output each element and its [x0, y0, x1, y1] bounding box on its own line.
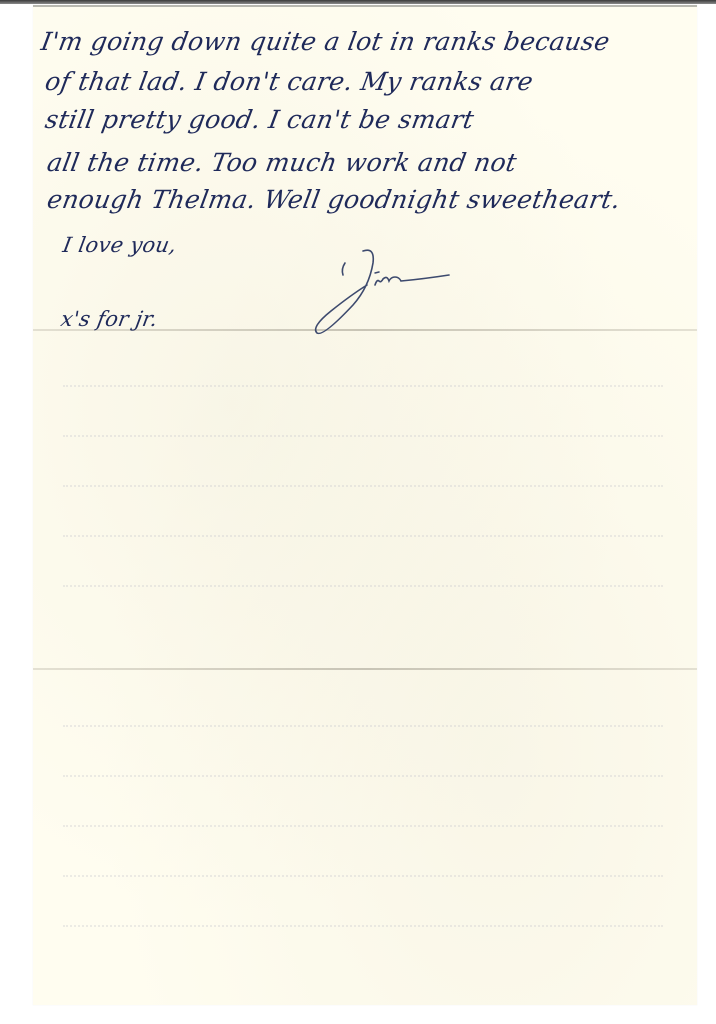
letter-line: enough Thelma. Well goodnight sweetheart… [45, 185, 623, 214]
bleed-through-text [63, 535, 663, 540]
letter-line: still pretty good. I can't be smart [43, 105, 476, 134]
closing-line: I love you, [61, 233, 179, 257]
bleed-through-text [63, 585, 663, 590]
letter-line: of that lad. I don't care. My ranks are [43, 67, 536, 96]
bleed-through-text [63, 485, 663, 490]
postscript: x's for jr. [59, 307, 160, 331]
letter-line: all the time. Too much work and not [45, 148, 519, 177]
bleed-through-text [63, 435, 663, 440]
scan-top-shadow [0, 0, 716, 4]
paper-top-edge [33, 5, 697, 7]
letter-page: I'm going down quite a lot in ranks beca… [33, 5, 697, 1005]
bleed-through-text [63, 385, 663, 390]
signature-flourish-icon [283, 245, 453, 345]
bleed-through-text [63, 925, 663, 930]
bleed-through-text [63, 725, 663, 730]
signature-jim [283, 245, 453, 345]
letter-line: I'm going down quite a lot in ranks beca… [39, 27, 612, 56]
signature-text: Jim [363, 255, 365, 256]
bleed-through-text [63, 875, 663, 880]
bleed-through-text [63, 775, 663, 780]
bleed-through-text [63, 825, 663, 830]
fold-crease-lower [33, 668, 697, 670]
